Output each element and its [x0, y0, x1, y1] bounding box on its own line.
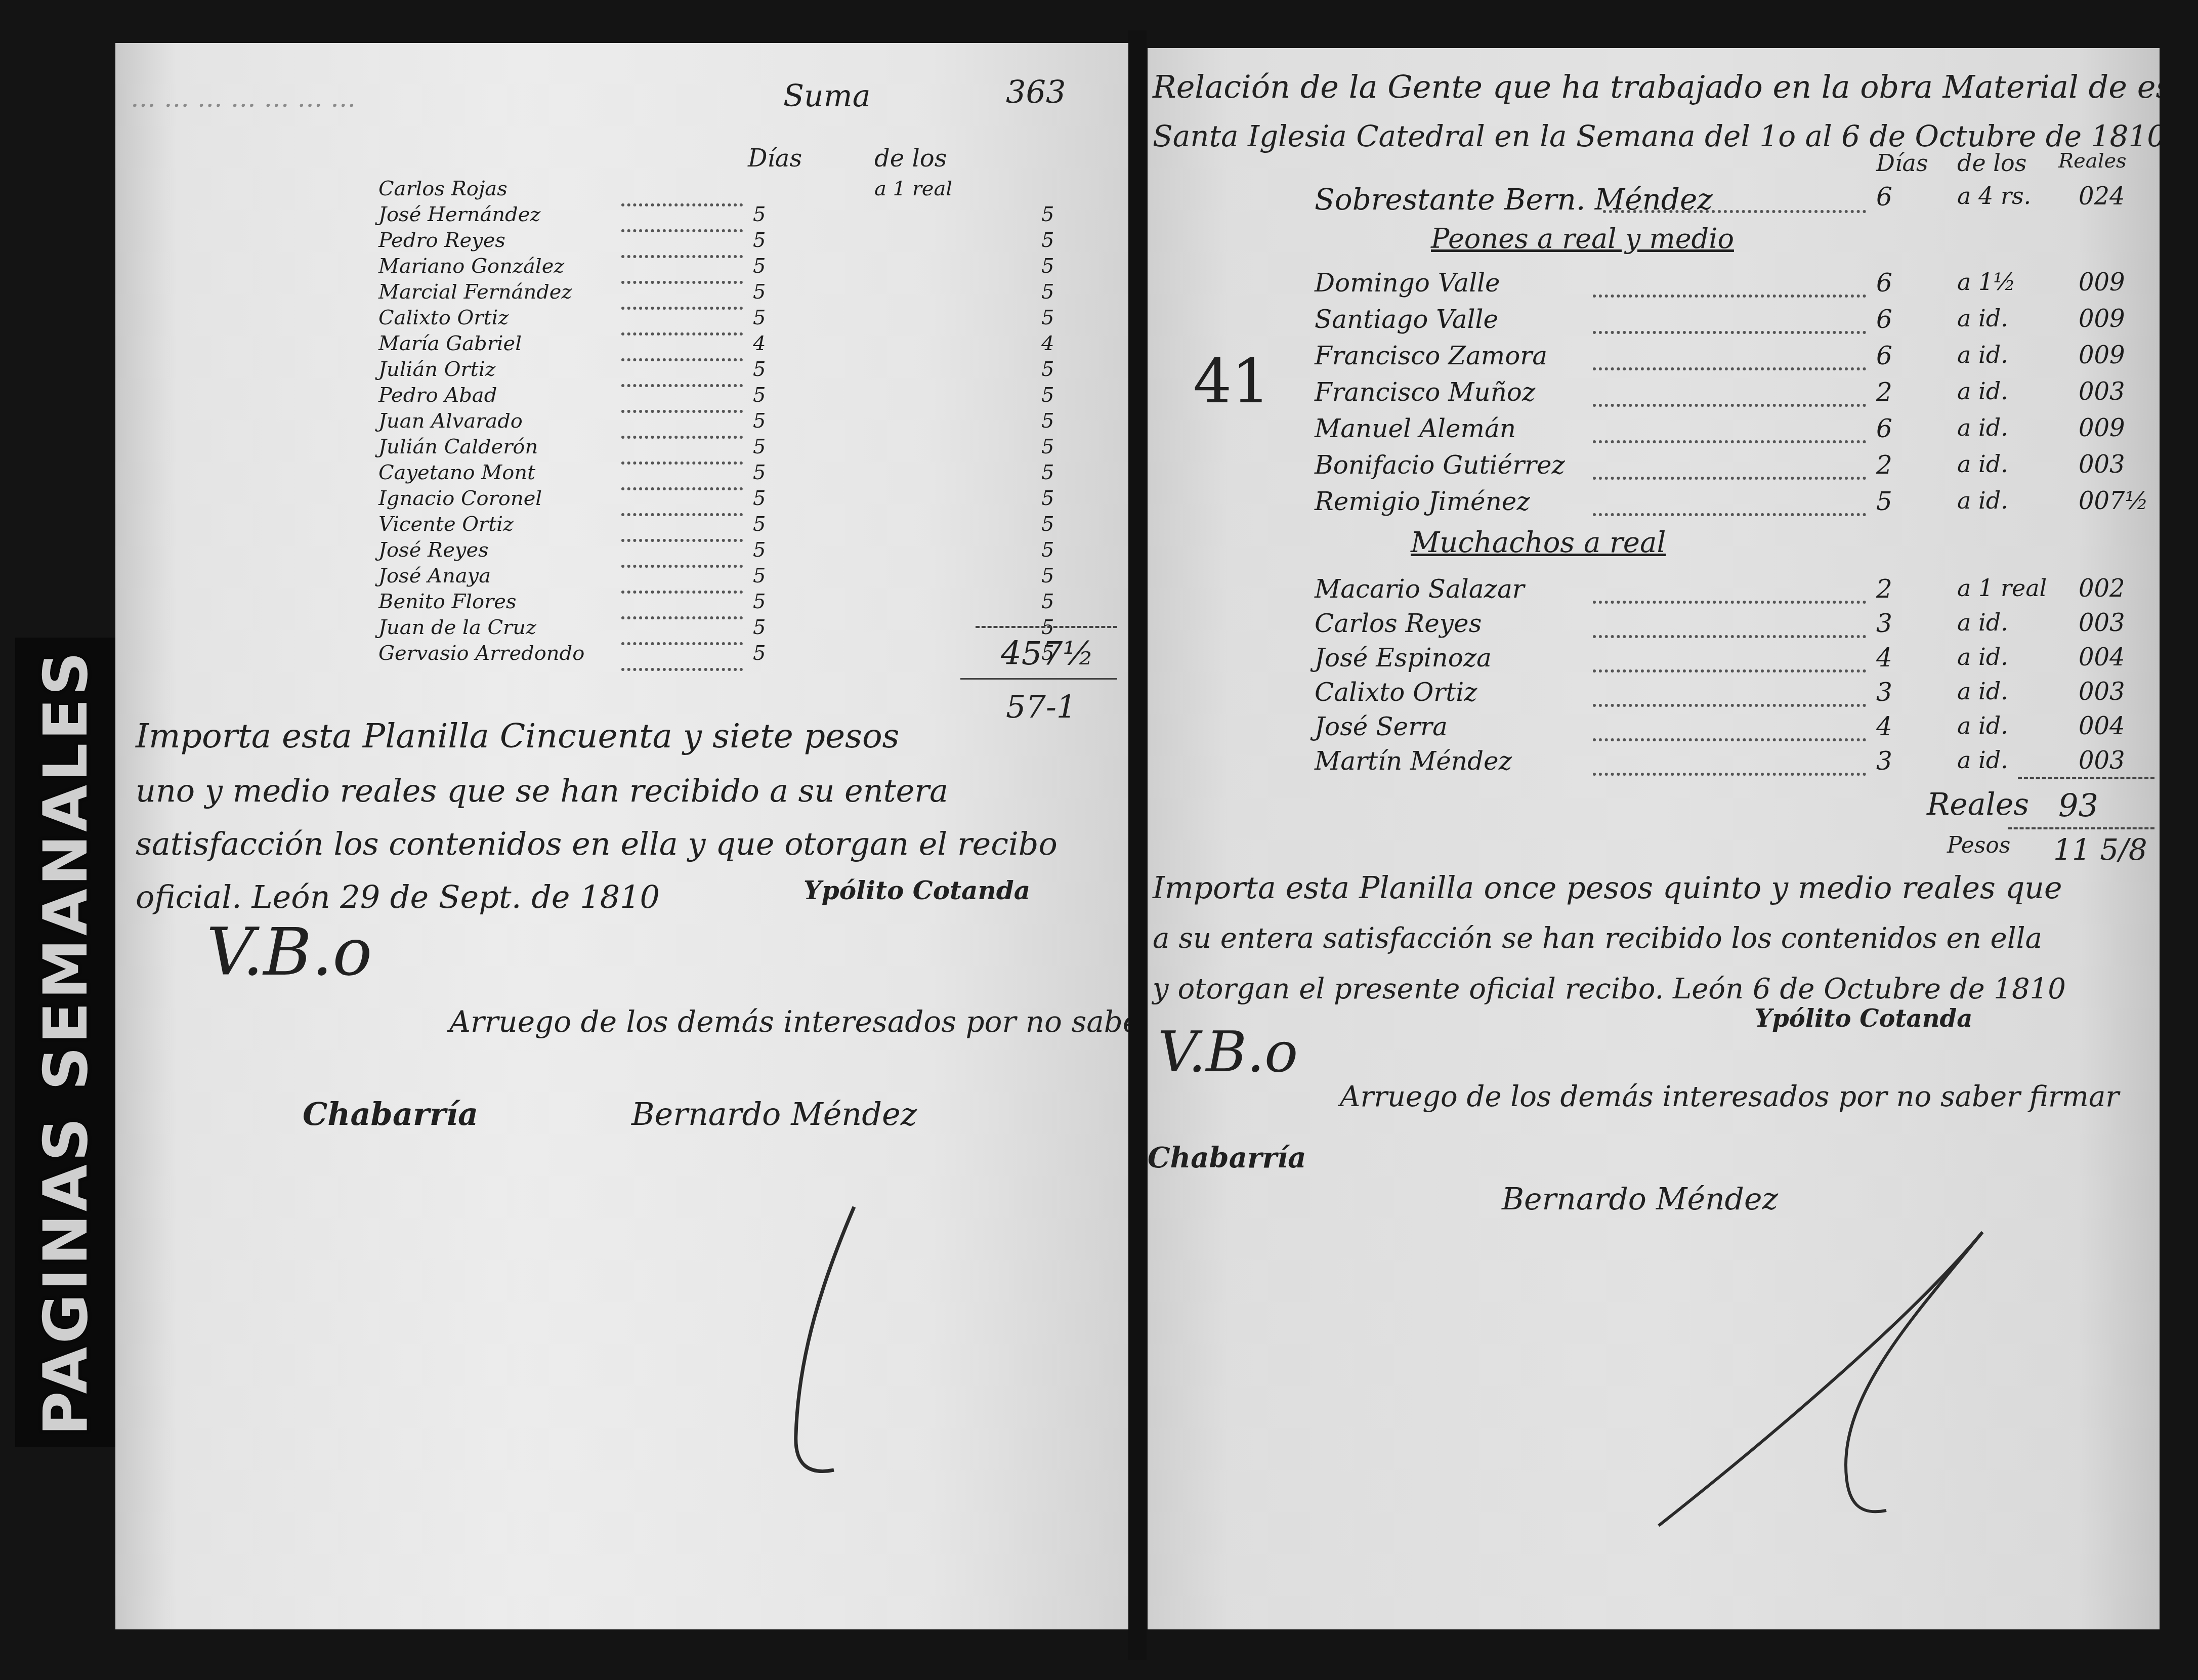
- statement-line-1: Importa esta Planilla once pesos quinto …: [1153, 863, 2154, 913]
- leader-dots: [1593, 440, 1866, 443]
- foreman-row: Sobrestante Bern. Méndez 6 a 4 rs. 024: [1148, 182, 2160, 218]
- leader-dots: [1593, 669, 1866, 673]
- worker-rate: a id.: [1957, 643, 2008, 670]
- worker-days: 5: [1876, 487, 1892, 516]
- worker-days: 3: [1876, 609, 1892, 638]
- worker-days: 5: [753, 590, 766, 613]
- leader-dots: [1593, 773, 1866, 776]
- leader-dots: [1593, 601, 1866, 604]
- list-item: Calixto Ortiz3a id.003: [1148, 678, 2160, 713]
- list-item: Manuel Alemán6a id.009: [1148, 414, 2160, 449]
- worker-rate: a 1 real: [874, 177, 952, 200]
- foreman-amount: 024: [2079, 182, 2125, 211]
- list-item: Macario Salazar2a 1 real002: [1148, 574, 2160, 610]
- statement-line-2: uno y medio reales que se han recibido a…: [136, 764, 1097, 817]
- col-header-days: Días: [748, 144, 802, 173]
- worker-amount: 5: [1041, 513, 1054, 536]
- worker-name: Remigio Jiménez: [1315, 487, 1530, 516]
- worker-name: Mariano González: [378, 255, 564, 278]
- approval-line: Arruego de los demás interesados por no …: [449, 1004, 1132, 1039]
- list-item: Francisco Muñoz2a id.003: [1148, 377, 2160, 413]
- worker-amount: 003: [2079, 746, 2125, 775]
- worker-amount: 5: [1041, 384, 1054, 407]
- worker-name: Calixto Ortiz: [1315, 678, 1477, 707]
- sum-label: Suma: [783, 78, 870, 114]
- book-gutter: [1128, 30, 1147, 1660]
- worker-amount: 004: [2079, 643, 2125, 671]
- worker-amount: 5: [1041, 280, 1054, 304]
- leader-dots: [621, 668, 743, 671]
- worker-days: 5: [753, 306, 766, 329]
- vobo-mark: V.B.o: [206, 913, 372, 990]
- worker-name: Francisco Muñoz: [1315, 377, 1535, 407]
- signature-flourish: [1603, 1222, 2008, 1536]
- worker-name: Vicente Ortiz: [378, 513, 514, 536]
- leader-dots: [1593, 477, 1866, 480]
- worker-days: 5: [753, 513, 766, 536]
- vobo-mark: V.B.o: [1158, 1020, 1298, 1084]
- col-header-rate: de los: [1957, 149, 2026, 177]
- list-item: Domingo Valle6a 1½009: [1148, 268, 2160, 304]
- left-page: … … … … … … … Suma 363 Días de los Carlo…: [115, 43, 1132, 1629]
- worker-days: 5: [753, 255, 766, 278]
- worker-amount: 4: [1041, 332, 1054, 355]
- worker-days: 4: [1876, 712, 1892, 741]
- worker-days: 6: [1876, 341, 1892, 370]
- worker-amount: 5: [1041, 461, 1054, 484]
- worker-name: Manuel Alemán: [1315, 414, 1516, 443]
- worker-name: José Espinoza: [1315, 643, 1492, 673]
- worker-amount: 009: [2079, 268, 2125, 297]
- worker-name: José Serra: [1315, 712, 1448, 741]
- worker-amount: 003: [2079, 377, 2125, 406]
- statement-line-3: y otorgan el presente oficial recibo. Le…: [1153, 964, 2154, 1015]
- worker-amount: 5: [1041, 306, 1054, 329]
- worker-days: 2: [1876, 377, 1892, 407]
- worker-amount: 009: [2079, 341, 2125, 369]
- title-line-1: Relación de la Gente que ha trabajado en…: [1153, 68, 2160, 105]
- section-title-peones: Peones a real y medio: [1431, 223, 1734, 255]
- worker-days: 5: [753, 409, 766, 433]
- leader-dots: [1593, 513, 1866, 516]
- total-rule: [976, 626, 1117, 628]
- worker-days: 5: [753, 435, 766, 458]
- signature-cotanda: Ypólito Cotanda: [1755, 1004, 1972, 1033]
- worker-name: Carlos Reyes: [1315, 609, 1482, 638]
- worker-name: Calixto Ortiz: [378, 306, 509, 329]
- worker-rate: a id.: [1957, 609, 2008, 636]
- worker-days: 5: [753, 642, 766, 665]
- worker-rate: a id.: [1957, 487, 2008, 514]
- list-item: Francisco Zamora6a id.009: [1148, 341, 2160, 376]
- total-pesos-label: Pesos: [1947, 832, 2010, 858]
- leader-dots: [1593, 404, 1866, 407]
- statement-line-1: Importa esta Planilla Cincuenta y siete …: [136, 708, 1097, 764]
- worker-name: Marcial Fernández: [378, 280, 572, 304]
- list-item: Remigio Jiménez5a id.007½: [1148, 487, 2160, 522]
- worker-rate: a id.: [1957, 414, 2008, 441]
- statement-line-3: satisfacción los contenidos en ella y qu…: [136, 817, 1097, 870]
- worker-name: Gervasio Arredondo: [378, 642, 584, 665]
- worker-days: 6: [1876, 305, 1892, 334]
- worker-name: José Hernández: [378, 203, 540, 226]
- worker-rate: a id.: [1957, 678, 2008, 705]
- worker-days: 5: [753, 487, 766, 510]
- worker-amount: 5: [1041, 409, 1054, 433]
- col-header-rate: de los: [874, 144, 947, 173]
- approval-line: Arruego de los demás interesados por no …: [1340, 1080, 2119, 1113]
- worker-days: 5: [753, 538, 766, 562]
- list-item: Santiago Valle6a id.009: [1148, 305, 2160, 340]
- leader-dots: [1593, 295, 1866, 298]
- total-rule-2: [2008, 827, 2154, 829]
- worker-amount: 003: [2079, 450, 2125, 479]
- worker-name: Juan de la Cruz: [378, 616, 536, 639]
- leader-dots: [1593, 331, 1866, 334]
- worker-name: Benito Flores: [378, 590, 516, 613]
- worker-amount: 5: [1041, 229, 1054, 252]
- worker-rate: a id.: [1957, 450, 2008, 478]
- edge-stamp-text: PAGINAS SEMANALES: [31, 649, 101, 1436]
- worker-days: 2: [1876, 574, 1892, 604]
- signature-flourish: [778, 1202, 879, 1485]
- worker-name: Santiago Valle: [1315, 305, 1498, 334]
- worker-days: 5: [753, 564, 766, 587]
- worker-name: Francisco Zamora: [1315, 341, 1547, 370]
- worker-days: 4: [753, 332, 766, 355]
- worker-days: 5: [753, 358, 766, 381]
- worker-name: Macario Salazar: [1315, 574, 1525, 604]
- worker-name: Ignacio Coronel: [378, 487, 542, 510]
- leader-dots: [1603, 210, 1866, 213]
- worker-amount: 5: [1041, 538, 1054, 562]
- signature-cotanda: Ypólito Cotanda: [804, 875, 1030, 905]
- list-item: José Espinoza4a id.004: [1148, 643, 2160, 679]
- worker-name: Juan Alvarado: [378, 409, 523, 433]
- foreman-rate: a 4 rs.: [1957, 182, 2031, 209]
- worker-days: 2: [1876, 450, 1892, 480]
- worker-name: Julián Calderón: [378, 435, 538, 458]
- worker-days: 6: [1876, 414, 1892, 443]
- worker-name: Cayetano Mont: [378, 461, 535, 484]
- list-item: Carlos Reyes3a id.003: [1148, 609, 2160, 644]
- title-line-2: Santa Iglesia Catedral en la Semana del …: [1153, 119, 2160, 153]
- worker-name: José Anaya: [378, 564, 491, 587]
- worker-rate: a id.: [1957, 712, 2008, 739]
- worker-amount: 5: [1041, 358, 1054, 381]
- worker-name: María Gabriel: [378, 332, 522, 355]
- worker-rate: a id.: [1957, 341, 2008, 368]
- worker-amount: 5: [1041, 435, 1054, 458]
- worker-name: Pedro Abad: [378, 384, 497, 407]
- worker-days: 5: [753, 229, 766, 252]
- list-item: José Serra4a id.004: [1148, 712, 2160, 747]
- worker-amount: 009: [2079, 414, 2125, 442]
- signature-chabarria: Chabarría: [303, 1096, 478, 1132]
- worker-rate: a 1 real: [1957, 574, 2047, 602]
- worker-days: 4: [1876, 643, 1892, 673]
- total-reales-label: Reales: [1927, 787, 2029, 822]
- peones-list: Domingo Valle6a 1½009Santiago Valle6a id…: [1148, 268, 2160, 531]
- leader-dots: [1593, 738, 1866, 741]
- worker-amount: 007½: [2079, 487, 2148, 515]
- right-page: Relación de la Gente que ha trabajado en…: [1148, 48, 2160, 1629]
- left-worker-list: Carlos Rojasa 1 realJosé Hernández55Pedr…: [115, 177, 1132, 683]
- col-header-amount: Reales: [2058, 149, 2127, 173]
- worker-days: 6: [1876, 268, 1892, 298]
- leader-dots: [1593, 367, 1866, 370]
- worker-amount: 002: [2079, 574, 2125, 603]
- worker-days: 3: [1876, 678, 1892, 707]
- worker-rate: a id.: [1957, 305, 2008, 332]
- worker-rate: a id.: [1957, 377, 2008, 405]
- worker-days: 5: [753, 203, 766, 226]
- list-item: Martín Méndez3a id.003: [1148, 746, 2160, 782]
- worker-days: 3: [1876, 746, 1892, 776]
- worker-amount: 5: [1041, 564, 1054, 587]
- signature-chabarria: Chabarría: [1148, 1141, 1306, 1174]
- statement-line-2: a su entera satisfacción se han recibido…: [1153, 913, 2154, 964]
- worker-name: Bonifacio Gutiérrez: [1315, 450, 1565, 480]
- worker-days: 5: [753, 280, 766, 304]
- worker-name: Pedro Reyes: [378, 229, 505, 252]
- worker-name: Domingo Valle: [1315, 268, 1500, 298]
- col-header-days: Días: [1876, 149, 1928, 177]
- signature-bernardo-mendez: Bernardo Méndez: [1502, 1182, 1778, 1217]
- carry-forward-value: 363: [1006, 73, 1066, 110]
- leader-dots: [1593, 635, 1866, 638]
- muchachos-list: Macario Salazar2a 1 real002Carlos Reyes3…: [1148, 574, 2160, 807]
- worker-amount: 5: [1041, 487, 1054, 510]
- worker-amount: 5: [1041, 255, 1054, 278]
- section-title-muchachos: Muchachos a real: [1411, 526, 1666, 559]
- leader-dots: [1593, 704, 1866, 707]
- bleed-through-text: … … … … … … …: [131, 83, 356, 113]
- worker-days: 5: [753, 384, 766, 407]
- list-item: Gervasio Arredondo55: [115, 642, 1132, 677]
- worker-name: José Reyes: [378, 538, 489, 562]
- signature-bernardo-mendez: Bernardo Méndez: [631, 1096, 917, 1132]
- worker-name: Carlos Rojas: [378, 177, 508, 200]
- worker-amount: 004: [2079, 712, 2125, 740]
- total-rule-2: [960, 678, 1117, 680]
- foreman-days: 6: [1876, 182, 1892, 212]
- worker-amount: 5: [1041, 203, 1054, 226]
- worker-amount: 5: [1041, 590, 1054, 613]
- left-total-reales: 457½: [1001, 635, 1094, 673]
- worker-rate: a id.: [1957, 746, 2008, 774]
- total-rule: [2018, 777, 2154, 779]
- worker-name: Julián Ortiz: [378, 358, 496, 381]
- worker-rate: a 1½: [1957, 268, 2016, 296]
- edge-stamp: PAGINAS SEMANALES: [15, 638, 116, 1447]
- worker-name: Martín Méndez: [1315, 746, 1512, 776]
- worker-days: 5: [753, 461, 766, 484]
- worker-amount: 003: [2079, 609, 2125, 637]
- list-item: Bonifacio Gutiérrez2a id.003: [1148, 450, 2160, 486]
- worker-days: 5: [753, 616, 766, 639]
- total-pesos-value: 11 5/8: [2053, 832, 2147, 867]
- worker-amount: 003: [2079, 678, 2125, 706]
- worker-amount: 009: [2079, 305, 2125, 333]
- right-statement: Importa esta Planilla once pesos quinto …: [1153, 863, 2154, 1015]
- total-reales-value: 93: [2058, 787, 2098, 824]
